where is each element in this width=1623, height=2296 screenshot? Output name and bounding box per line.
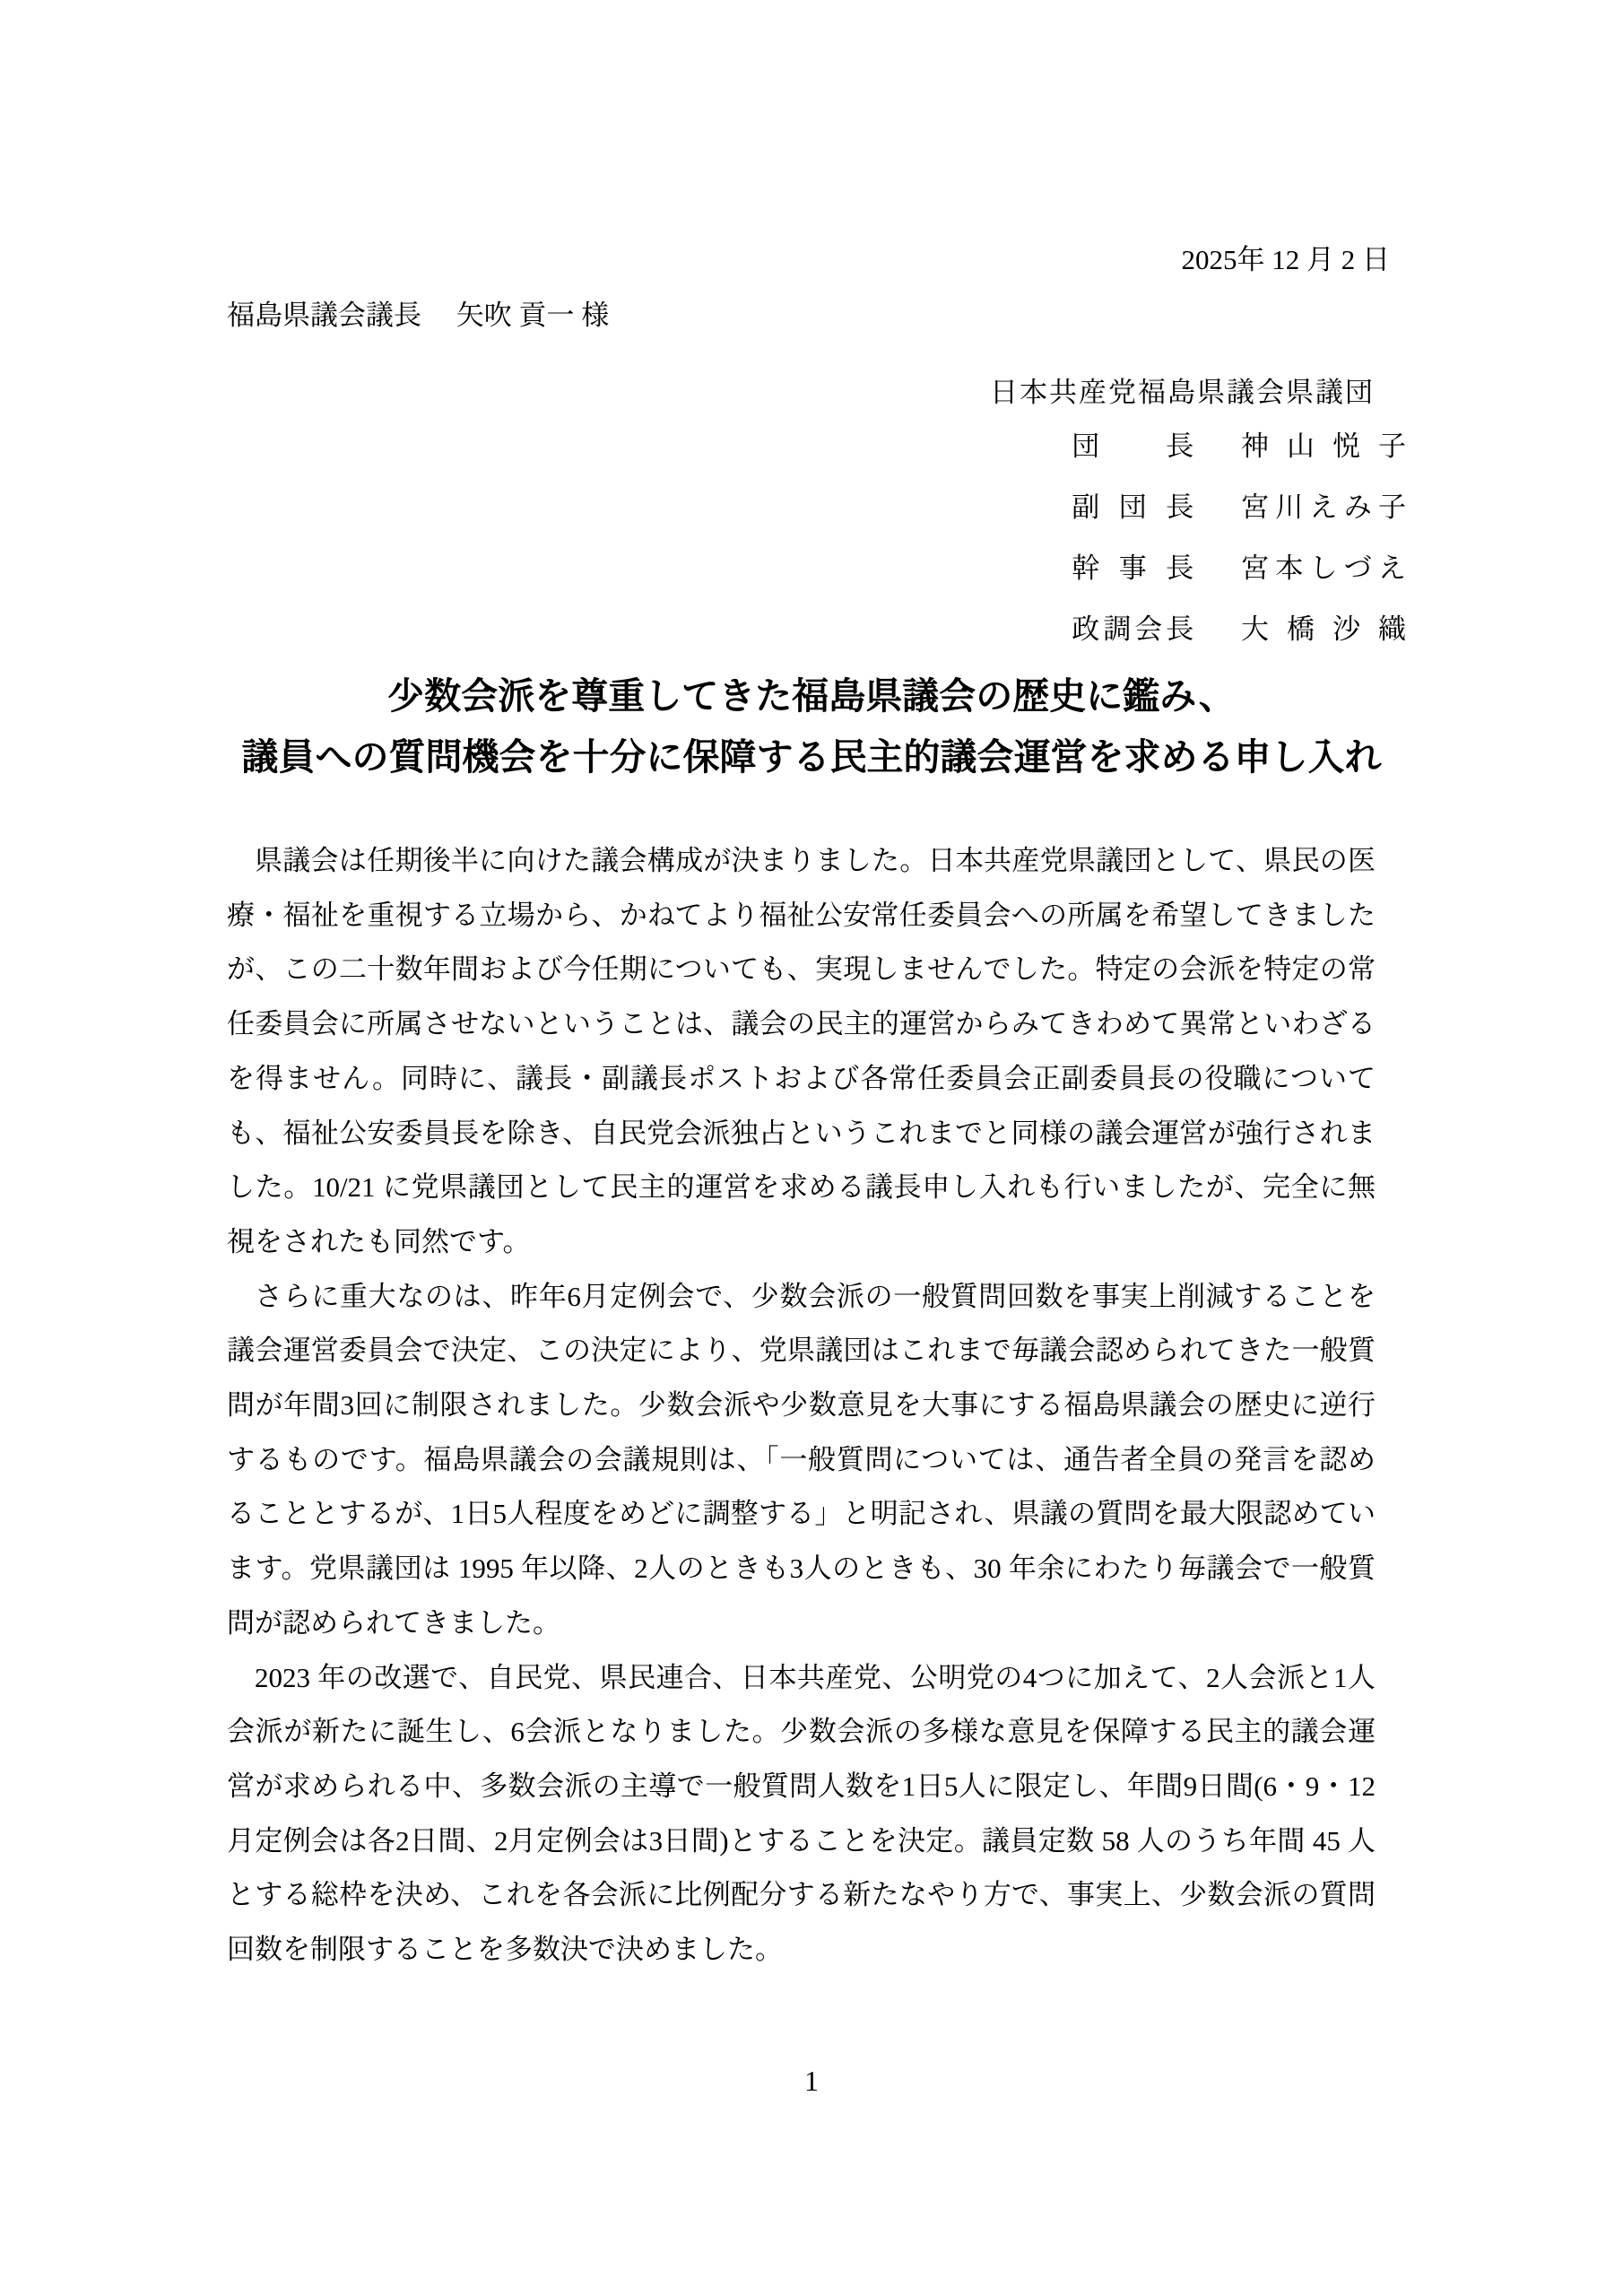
- body-paragraph-3: 2023 年の改選で、自民党、県民連合、日本共産党、公明党の4つに加えて、2人会…: [227, 1651, 1376, 1978]
- signatory-name: 神山悦子: [1241, 416, 1406, 477]
- signatory-role: 団長: [1072, 416, 1193, 477]
- addressee-line: 福島県議会議長 矢吹 貢一 様: [227, 296, 609, 335]
- signatory-row: 幹事長 宮本しづえ: [1072, 538, 1406, 599]
- signatory-row: 副団長 宮川えみ子: [1072, 477, 1406, 538]
- signatory-row: 団長 神山悦子: [1072, 416, 1406, 477]
- signatory-role: 政調会長: [1072, 599, 1193, 660]
- document-title-line-2: 議員への質問機会を十分に保障する民主的議会運営を求める申し入れ: [0, 726, 1623, 787]
- signatory-role: 幹事長: [1072, 538, 1193, 599]
- document-page: 2025年 12 月 2 日 福島県議会議長 矢吹 貢一 様 日本共産党福島県議…: [0, 0, 1623, 2296]
- document-body: 県議会は任期後半に向けた議会構成が決まりました。日本共産党県議団として、県民の医…: [227, 834, 1376, 1978]
- signatory-name: 宮川えみ子: [1241, 477, 1406, 538]
- signatory-name: 宮本しづえ: [1241, 538, 1406, 599]
- body-paragraph-2: さらに重大なのは、昨年6月定例会で、少数会派の一般質問回数を事実上削減することを…: [227, 1270, 1376, 1651]
- signatory-name: 大橋沙織: [1241, 599, 1406, 660]
- body-paragraph-1: 県議会は任期後半に向けた議会構成が決まりました。日本共産党県議団として、県民の医…: [227, 834, 1376, 1270]
- date-line: 2025年 12 月 2 日: [227, 240, 1390, 280]
- page-number: 1: [0, 2061, 1623, 2100]
- document-title-line-1: 少数会派を尊重してきた福島県議会の歴史に鑑み、: [0, 665, 1623, 726]
- document-title: 少数会派を尊重してきた福島県議会の歴史に鑑み、 議員への質問機会を十分に保障する…: [0, 665, 1623, 787]
- sender-organization: 日本共産党福島県議会県議団: [227, 373, 1375, 413]
- signatory-row: 政調会長 大橋沙織: [1072, 599, 1406, 660]
- signatory-role: 副団長: [1072, 477, 1193, 538]
- signature-block: 団長 神山悦子 副団長 宮川えみ子 幹事長 宮本しづえ 政調会長 大橋沙織: [1072, 416, 1406, 660]
